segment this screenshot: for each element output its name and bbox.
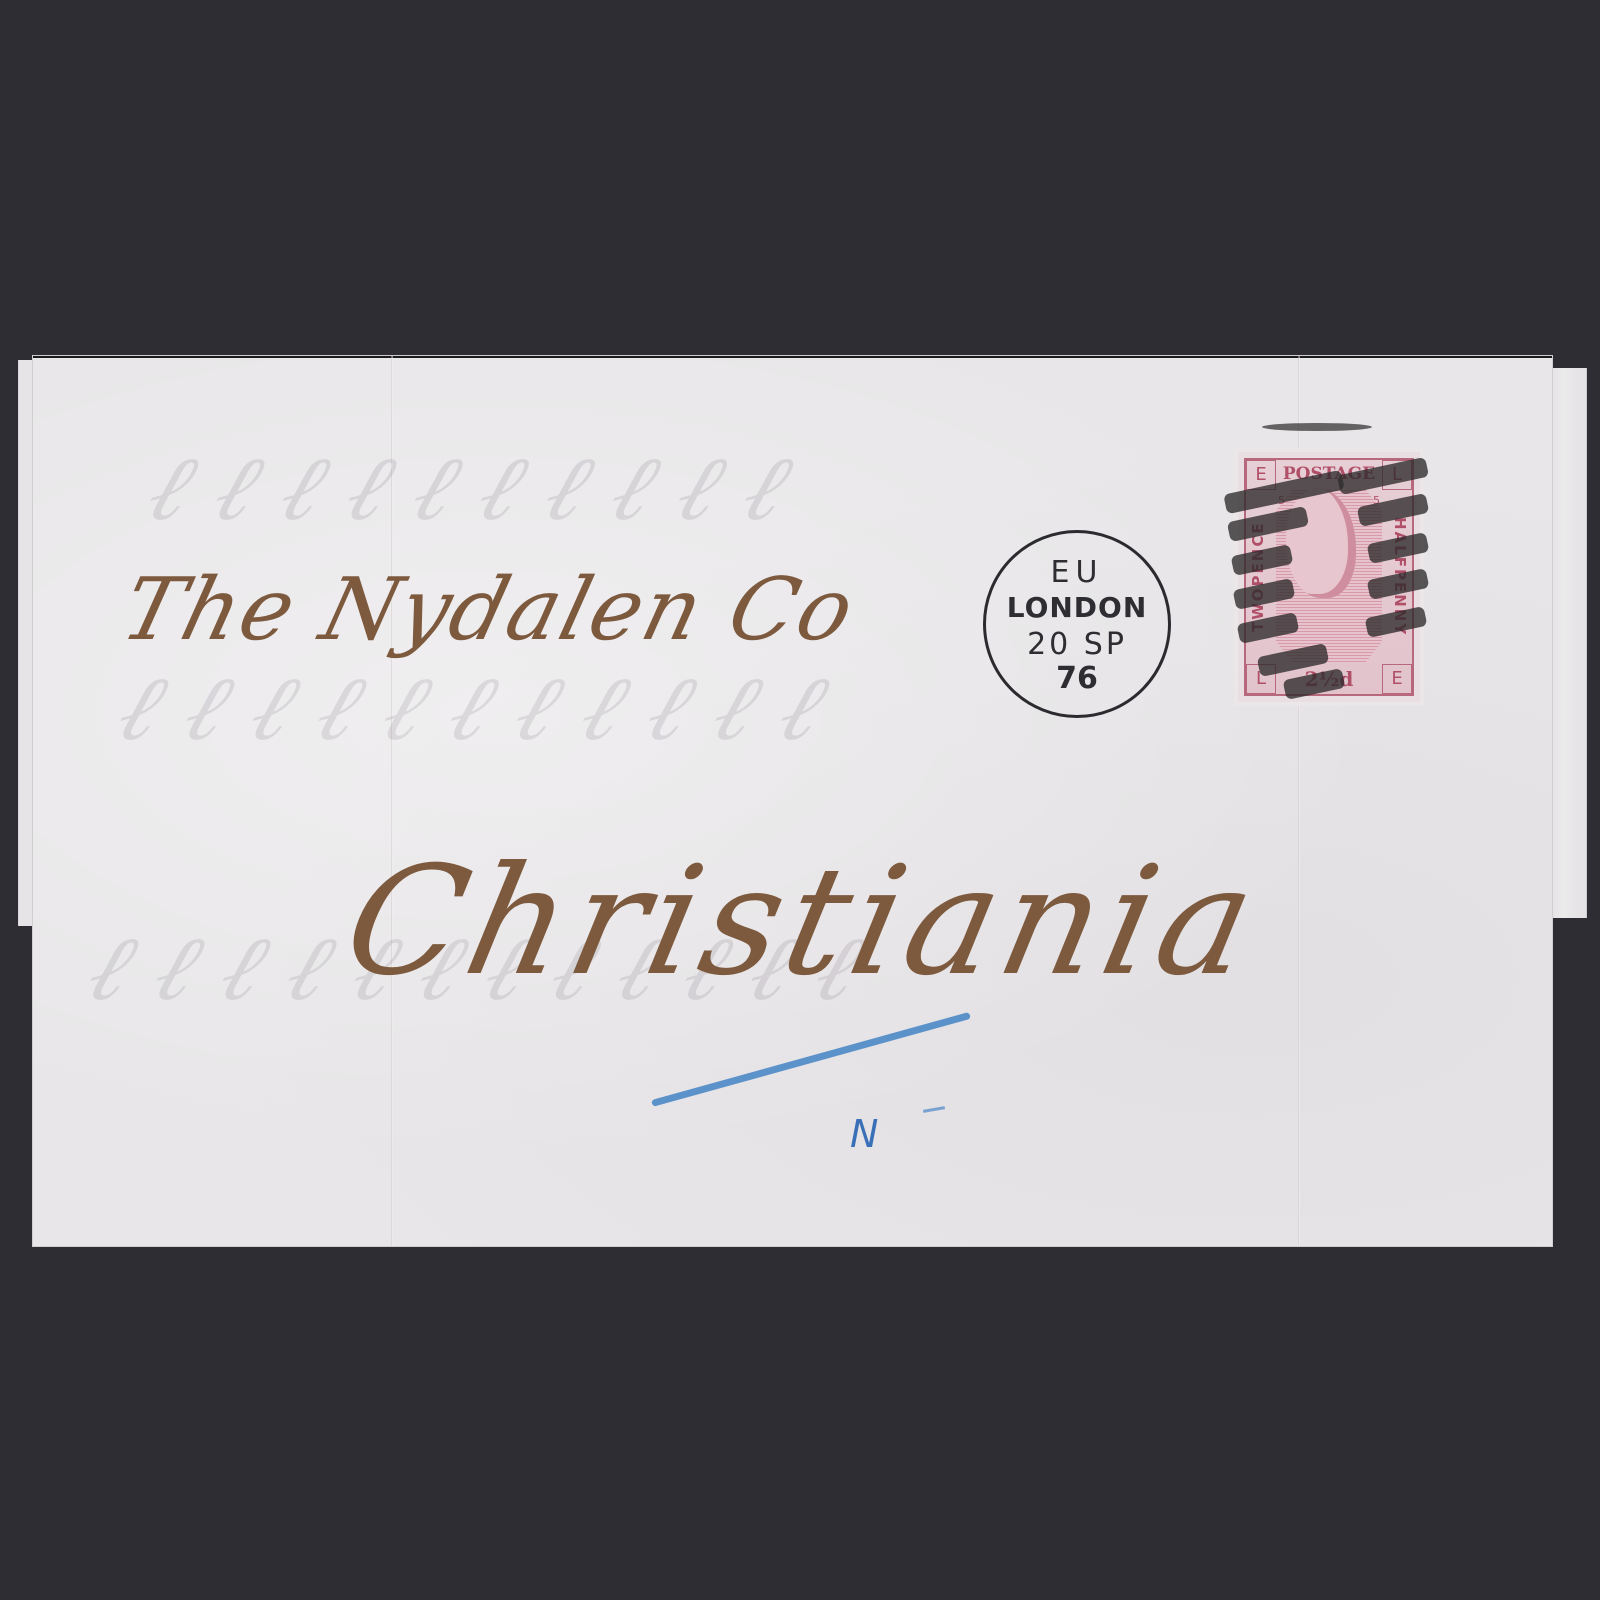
postmark-city: LONDON: [986, 591, 1168, 624]
postmark-date: 20 SP: [986, 627, 1168, 662]
back-flap-right: [1548, 368, 1587, 918]
stamp-corner-letter: E: [1382, 664, 1412, 694]
postmark-office-code: EU: [986, 555, 1168, 590]
address-line-city: Christiania: [332, 835, 1275, 1009]
show-through-writing: ℓ ℓ ℓ ℓ ℓ ℓ ℓ ℓ ℓ ℓ: [134, 436, 805, 541]
postmark-year: 76: [986, 661, 1168, 696]
london-datestamp: EU LONDON 20 SP 76: [983, 530, 1171, 718]
blue-crayon-mark: N: [850, 1112, 878, 1156]
fold-line: [391, 356, 393, 1246]
show-through-writing: ℓ ℓ ℓ ℓ ℓ ℓ ℓ ℓ ℓ ℓ ℓ: [104, 656, 841, 761]
postage-stamp: POSTAGE E L L E TWOPENCE HALFPENNY 5 5 2…: [1238, 452, 1420, 702]
cancel-smudge: [1262, 423, 1372, 431]
address-line-addressee: The Nydalen Co: [113, 560, 866, 660]
